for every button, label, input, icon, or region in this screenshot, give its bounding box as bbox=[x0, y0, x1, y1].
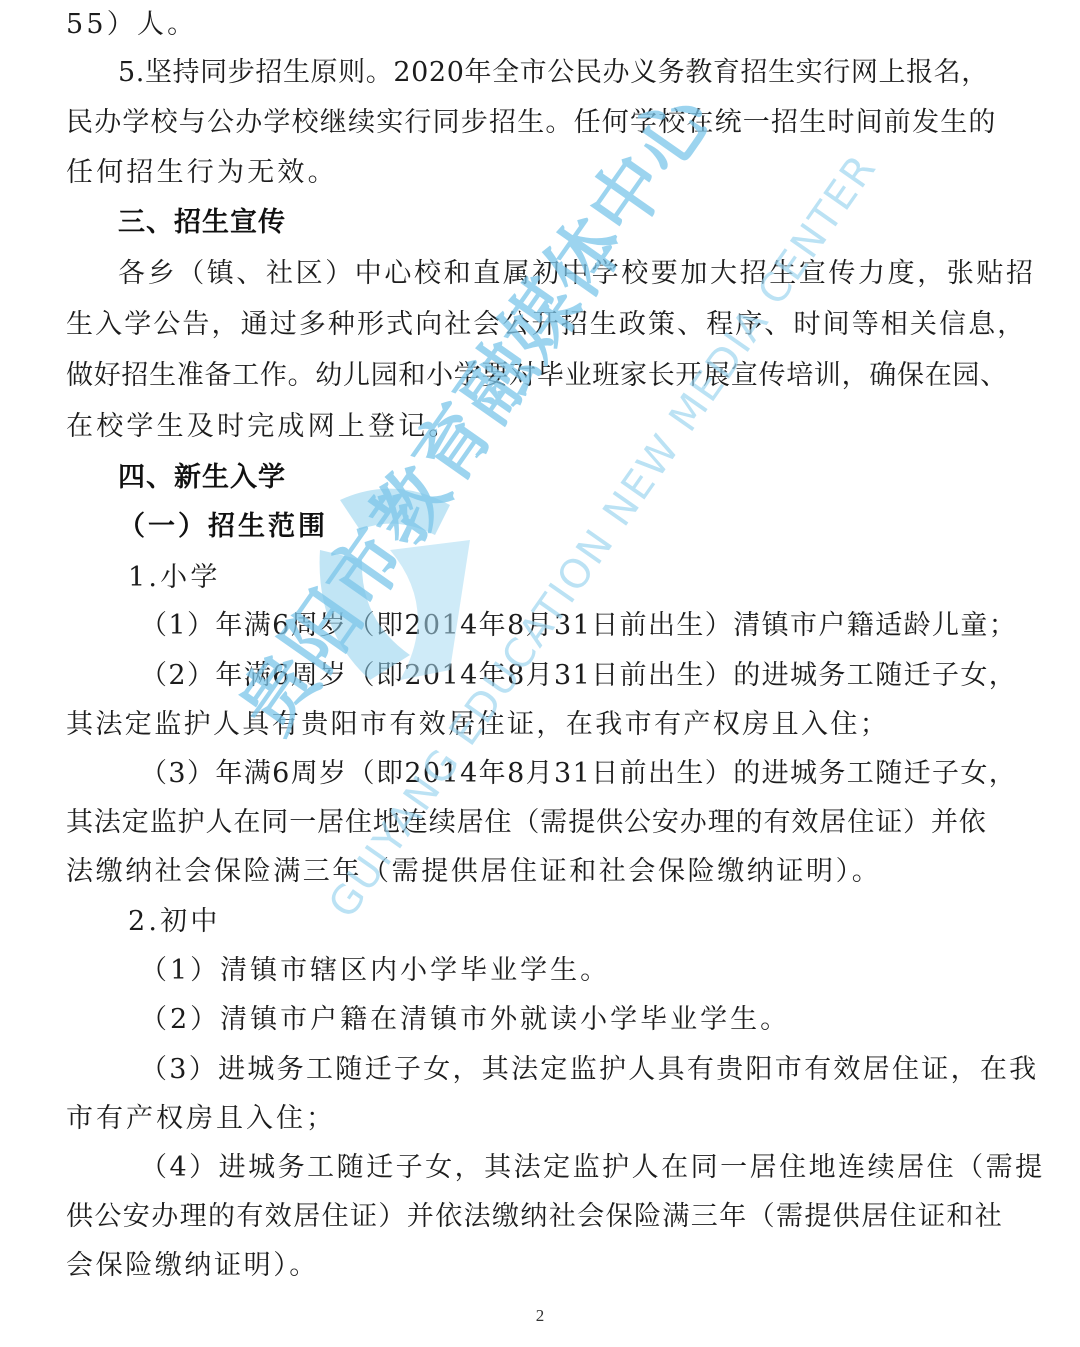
text-line: 供公安办理的有效居住证）并依法缴纳社会保险满三年（需提供居住证和社 bbox=[66, 1200, 1003, 1234]
watermark: 贵阳市教育融媒体中心 GUIYANG EDUCATION NEW MEDIA C… bbox=[200, 420, 900, 980]
item-heading: 1.小学 bbox=[128, 561, 221, 595]
text-line: 在校学生及时完成网上登记。 bbox=[66, 410, 459, 444]
text-line: 5.坚持同步招生原则。2020年全市公民办义务教育招生实行网上报名， bbox=[118, 56, 1011, 90]
text-line: （2）年满6周岁（即2014年8月31日前出生）的进城务工随迁子女， bbox=[140, 659, 1017, 693]
text-line: 其法定监护人具有贵阳市有效居住证，在我市有产权房且入住； bbox=[66, 708, 889, 742]
text-line: （1）清镇市辖区内小学毕业学生。 bbox=[140, 954, 610, 988]
text-line: 民办学校与公办学校继续实行同步招生。任何学校在统一招生时间前发生的 bbox=[66, 106, 997, 140]
text-line: （3）年满6周岁（即2014年8月31日前出生）的进城务工随迁子女， bbox=[140, 757, 1017, 791]
text-line: （2）清镇市户籍在清镇市外就读小学毕业学生。 bbox=[140, 1003, 790, 1037]
text-line: （1）年满6周岁（即2014年8月31日前出生）清镇市户籍适龄儿童； bbox=[140, 609, 1017, 643]
section-heading: 三、招生宣传 bbox=[118, 206, 286, 240]
text-line: 任何招生行为无效。 bbox=[66, 156, 338, 190]
text-line: 其法定监护人在同一居住地连续居住（需提供公安办理的有效居住证）并依 bbox=[66, 806, 987, 840]
text-line: （3）进城务工随迁子女，其法定监护人具有贵阳市有效居住证，在我 bbox=[140, 1053, 1038, 1087]
item-heading: 2.初中 bbox=[128, 905, 221, 939]
document-page: 55）人。 5.坚持同步招生原则。2020年全市公民办义务教育招生实行网上报名，… bbox=[0, 0, 1080, 1347]
text-line: 55）人。 bbox=[66, 8, 197, 42]
subsection-heading: （一）招生范围 bbox=[118, 510, 328, 544]
text-line: （4）进城务工随迁子女，其法定监护人在同一居住地连续居住（需提 bbox=[140, 1151, 1045, 1185]
text-line: 市有产权房且入住； bbox=[66, 1102, 336, 1136]
text-line: 各乡（镇、社区）中心校和直属初中学校要加大招生宣传力度，张贴招 bbox=[118, 257, 1036, 291]
text-line: 法缴纳社会保险满三年（需提供居住证和社会保险缴纳证明）。 bbox=[66, 855, 881, 889]
page-number: 2 bbox=[0, 1306, 1080, 1326]
section-heading: 四、新生入学 bbox=[118, 461, 286, 495]
text-line: 生入学公告，通过多种形式向社会公开招生政策、程序、时间等相关信息， bbox=[66, 308, 1026, 342]
text-line: 会保险缴纳证明）。 bbox=[66, 1249, 319, 1283]
text-line: 做好招生准备工作。幼儿园和小学要对毕业班家长开展宣传培训，确保在园、 bbox=[66, 359, 1008, 393]
